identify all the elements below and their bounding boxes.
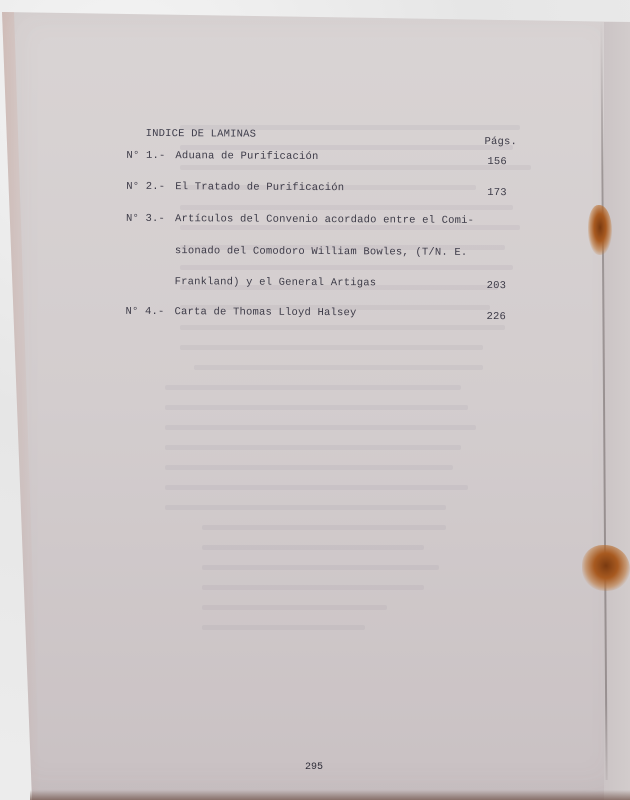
- index-heading: INDICE DE LAMINAS: [146, 128, 257, 141]
- pages-column-label: Págs.: [485, 136, 518, 148]
- entry-title: Artículos del Convenio acordado entre el…: [175, 213, 474, 227]
- entry-title-continued: sionado del Comodoro William Bowles, (T/…: [175, 245, 468, 259]
- entry-title: El Tratado de Purificación: [175, 181, 344, 194]
- entry-number: N° 2.-: [126, 181, 165, 193]
- table-of-plates: INDICE DE LAMINAS Págs. N° 1.- Aduana de…: [0, 0, 630, 800]
- entry-page-number: 226: [486, 311, 506, 323]
- page-number: 295: [305, 762, 323, 773]
- entry-page-number: 173: [487, 187, 507, 199]
- entry-title: Aduana de Purificación: [175, 150, 318, 163]
- entry-page-number: 156: [487, 156, 507, 168]
- entry-number: N° 1.-: [126, 150, 165, 162]
- entry-page-number: 203: [487, 280, 507, 292]
- entry-number: N° 4.-: [125, 306, 164, 318]
- entry-title-continued: Frankland) y el General Artigas: [175, 276, 377, 289]
- entry-number: N° 3.-: [126, 213, 165, 225]
- entry-title: Carta de Thomas Lloyd Halsey: [174, 306, 356, 319]
